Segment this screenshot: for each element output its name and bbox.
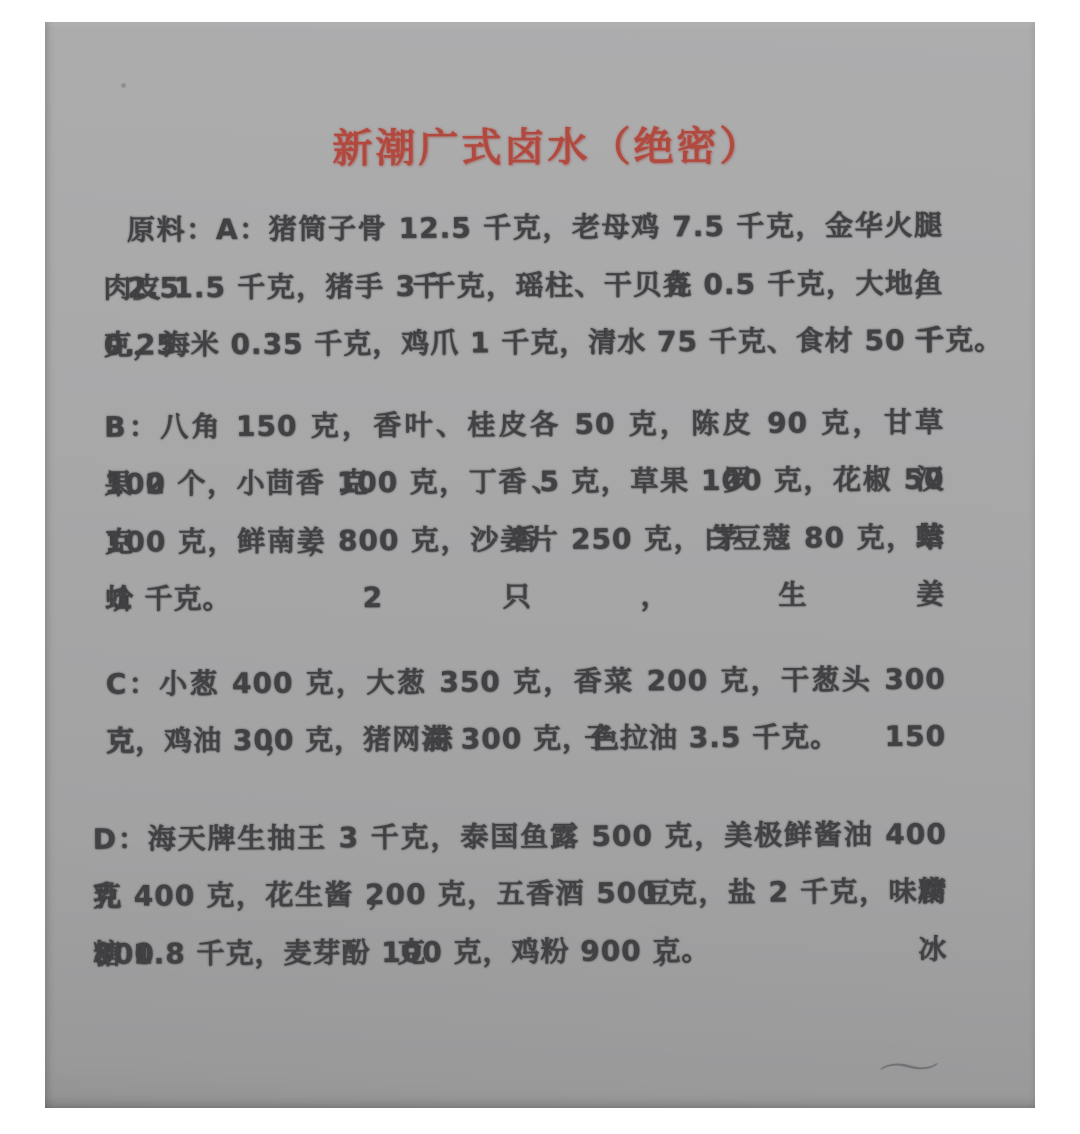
paper-sheet: 新潮广式卤水（绝密） 原料：A：猪筒子骨 12.5 千克，老母鸡 7.5 千克，… (42, 19, 1039, 1111)
text-line: B：八角 150 克，香叶、桂皮各 50 克，陈皮 90 克，甘草 100 克、… (104, 393, 944, 456)
text-line: C：小葱 400 克，大葱 350 克，香菜 200 克，干葱头 300 克，蒜… (106, 650, 946, 713)
ingredients-paragraph-d: D：海天牌生抽王 3 千克，泰国鱼露 500 克，美极鲜酱油 400 克，豆腐 … (92, 805, 947, 983)
text-line: 克，鸡油 300 克，猪网油 300 克，色拉油 3.5 千克。 (106, 708, 946, 771)
text-line: 肉皮 1.5 千克，猪手 3 千克，瑶柱、干贝各 0.5 千克，大地鱼 0.25… (103, 254, 943, 317)
text-line: 乳 400 克，花生酱 200 克，五香酒 500 克，盐 2 千克，味精 80… (93, 863, 947, 926)
text-line: 克，海米 0.35 千克，鸡爪 1 千克，清水 75 千克、食材 50 千克。 (103, 312, 943, 375)
text-line: 100 克，鲜南姜 800 克，沙姜片 250 克，白豆蔻 80 克，蛤蚧 2 … (105, 508, 945, 571)
ingredients-paragraph-c: C：小葱 400 克，大葱 350 克，香菜 200 克，干葱头 300 克，蒜… (106, 650, 947, 770)
text-line: 原料：A：猪筒子骨 12.5 千克，老母鸡 7.5 千克，金华火腿 2.5 千克… (103, 197, 943, 260)
recipe-body: 原料：A：猪筒子骨 12.5 千克，老母鸡 7.5 千克，金华火腿 2.5 千克… (43, 196, 1038, 983)
ingredients-paragraph-b: B：八角 150 克，香叶、桂皮各 50 克，陈皮 90 克，甘草 100 克、… (104, 393, 945, 628)
pencil-scribble: 〜 (876, 1059, 1011, 1079)
recipe-title: 新潮广式卤水（绝密） (52, 19, 1043, 175)
ingredients-paragraph-a: 原料：A：猪筒子骨 12.5 千克，老母鸡 7.5 千克，金华火腿 2.5 千克… (103, 197, 944, 375)
recipe-photo: 新潮广式卤水（绝密） 原料：A：猪筒子骨 12.5 千克，老母鸡 7.5 千克，… (45, 22, 1035, 1108)
text-line: 果 2 个，小茴香 100 克，丁香 5 克，草果 100 克，花椒 50 克，… (104, 451, 944, 514)
text-line: D：海天牌生抽王 3 千克，泰国鱼露 500 克，美极鲜酱油 400 克，豆腐 (92, 805, 946, 868)
